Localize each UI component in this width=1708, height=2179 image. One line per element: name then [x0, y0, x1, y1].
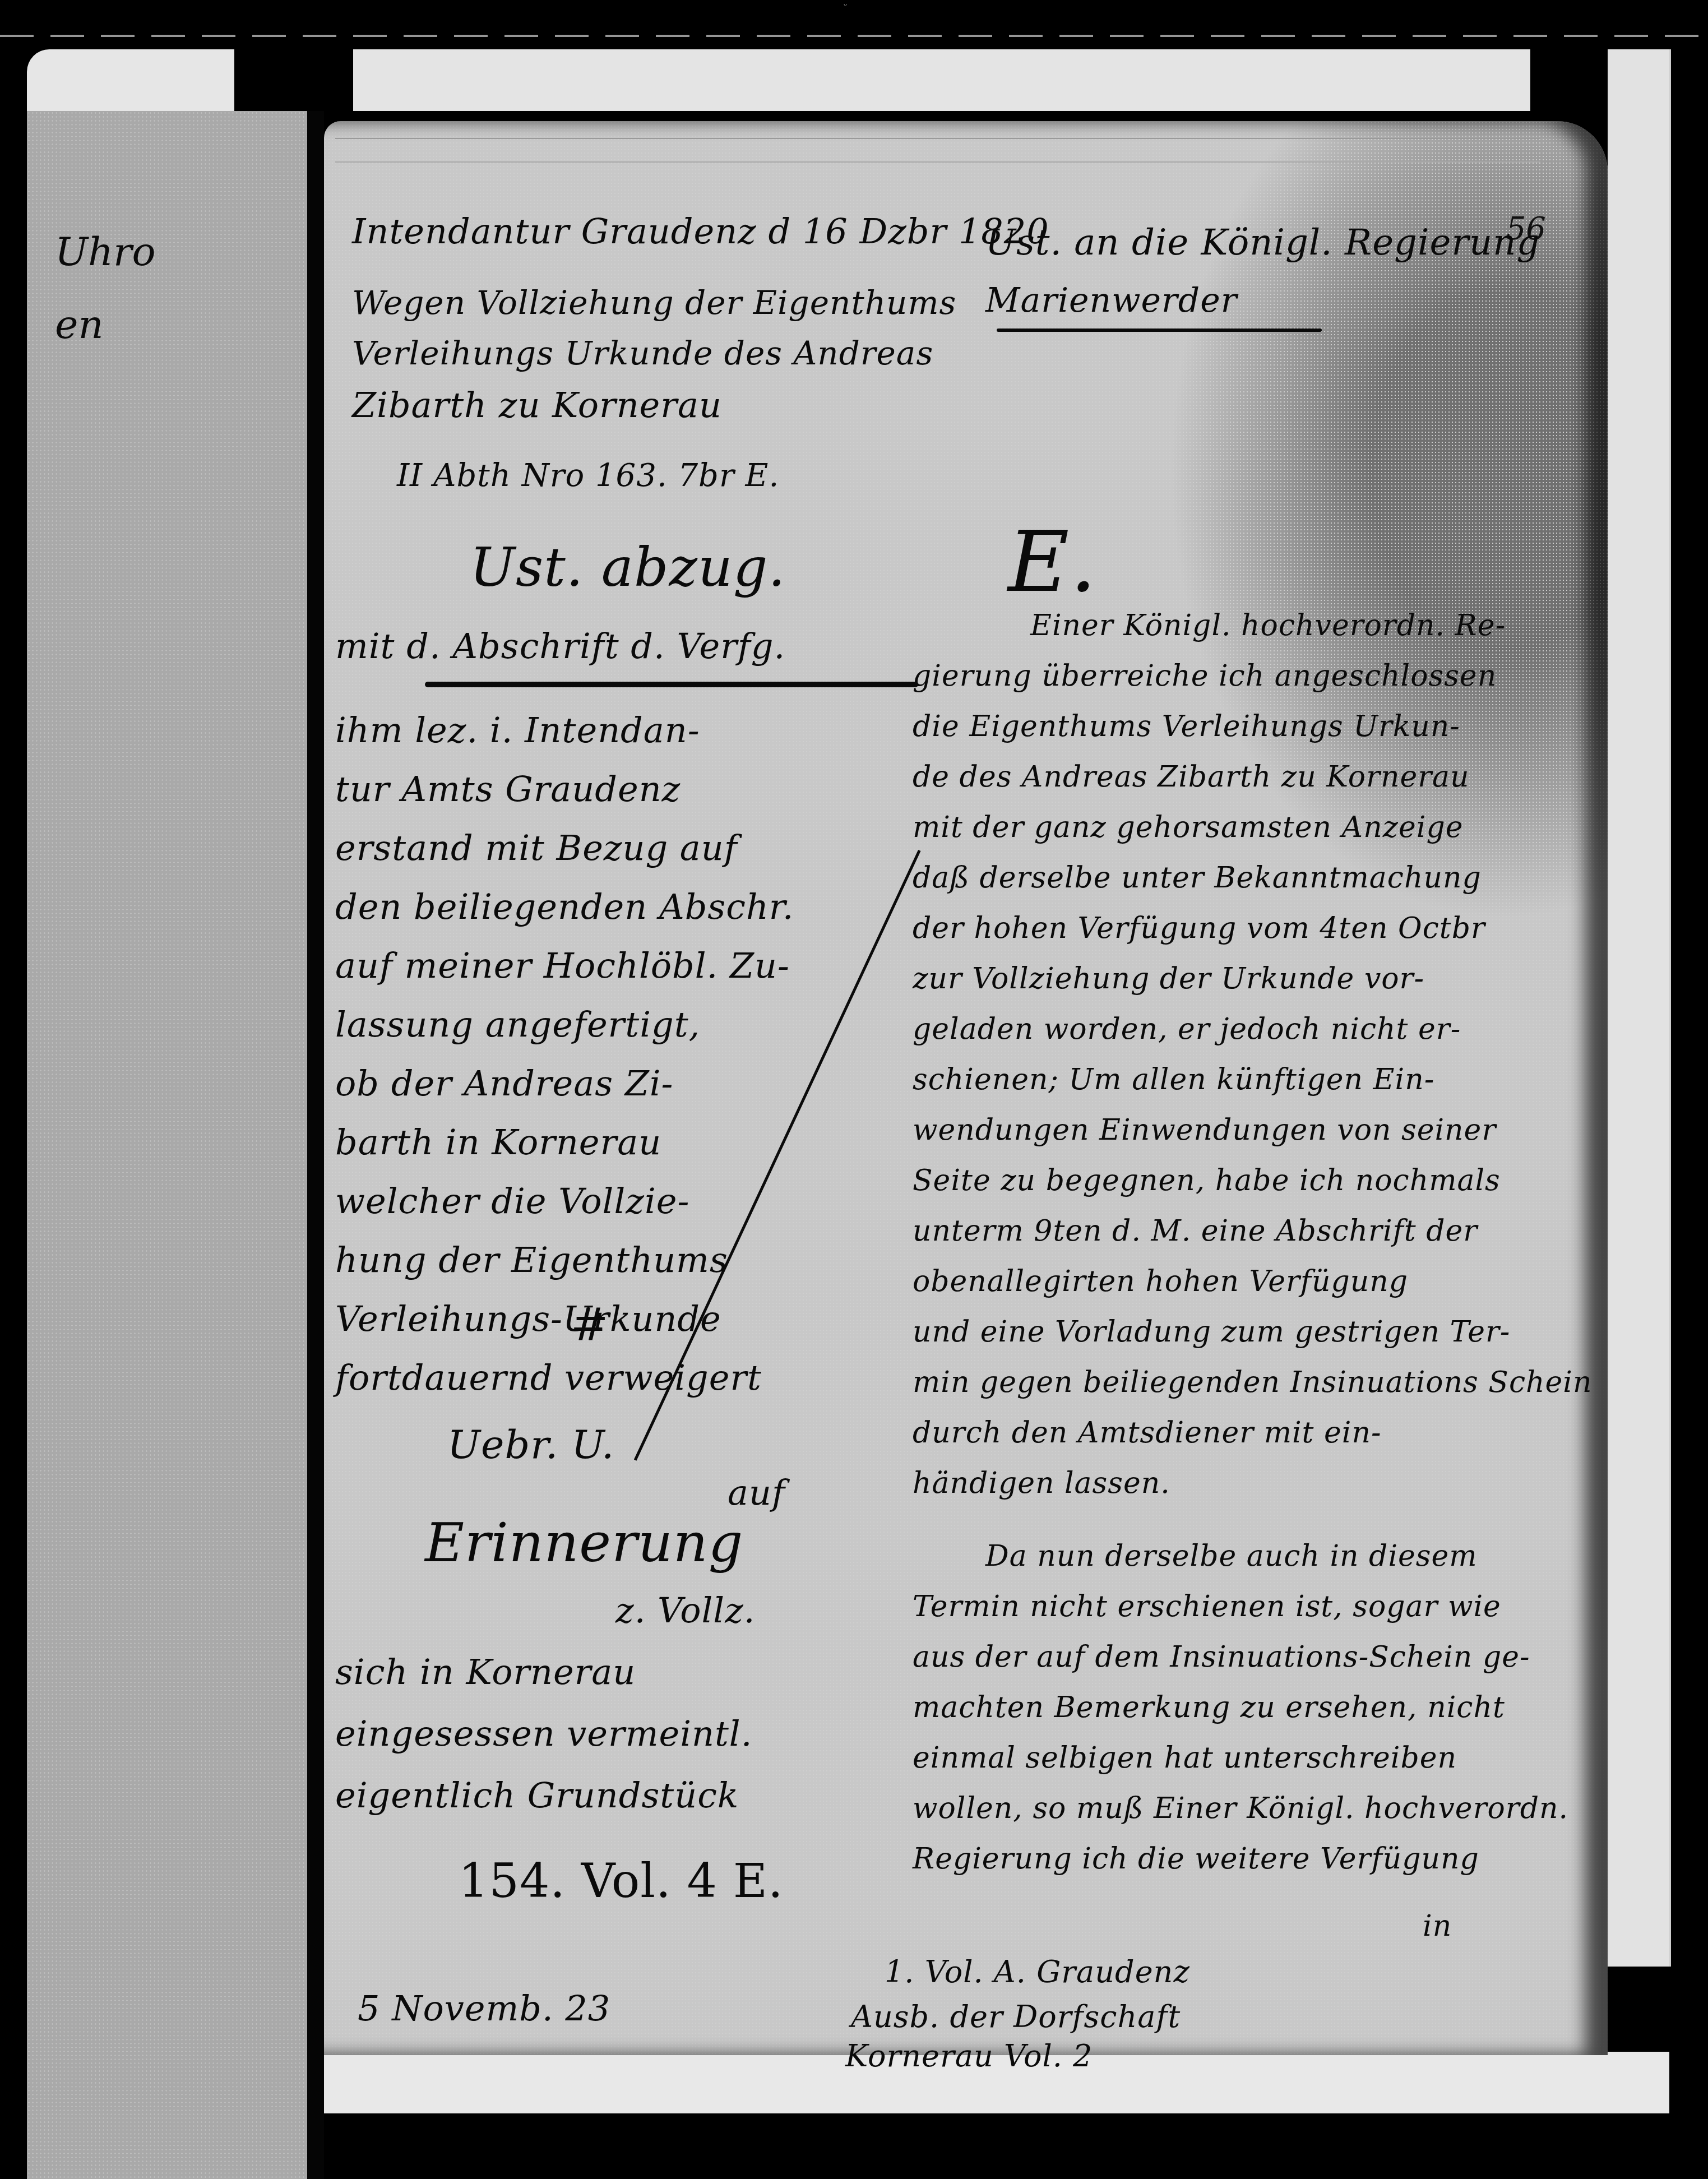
- body-line: gierung überreiche ich angeschlossen: [913, 659, 1497, 693]
- left-note: Erinnerung: [425, 1511, 743, 1574]
- left-column-line: welcher die Vollzie-: [335, 1181, 689, 1222]
- left-column-line: fortdauernd verweigert: [335, 1357, 762, 1398]
- cover-tab: [27, 49, 234, 112]
- cover-margin-note: Uhro: [55, 229, 156, 275]
- left-note: Uebr. U.: [447, 1422, 614, 1468]
- body-line: geladen worden, er jedoch nicht er-: [913, 1012, 1461, 1046]
- body-line: händigen lassen.: [913, 1466, 1170, 1500]
- body-line: einmal selbigen hat unterschreiben: [913, 1741, 1457, 1775]
- scanner-mark: ᵕ: [844, 0, 855, 8]
- binding-gutter: [307, 111, 324, 2179]
- body-line: machten Bemerkung zu ersehen, nicht: [913, 1691, 1505, 1724]
- subject-line: Verleihungs Urkunde des Andreas: [352, 334, 933, 372]
- body-line: mit der ganz gehorsamsten Anzeige: [913, 811, 1464, 844]
- body-line: Seite zu begegnen, habe ich nochmals: [913, 1164, 1501, 1197]
- file-number: 154. Vol. 4 E.: [459, 1853, 784, 1908]
- body-line: unterm 9ten d. M. eine Abschrift der: [913, 1214, 1478, 1248]
- cancel-stroke: [634, 850, 921, 1461]
- left-column-line: tur Amts Graudenz: [335, 769, 681, 809]
- reference-number: II Abth Nro 163. 7br E.: [397, 457, 779, 494]
- docket-line: Ausb. der Dorfschaft: [851, 1999, 1181, 2034]
- closing-word: in: [1423, 1909, 1452, 1943]
- left-closing-line: eingesessen vermeintl.: [335, 1713, 752, 1754]
- body-line: aus der auf dem Insinuations-Schein ge-: [913, 1640, 1530, 1674]
- cover-margin-note: en: [55, 302, 104, 348]
- underline-stroke: [997, 329, 1322, 332]
- margin-mark: #: [571, 1298, 609, 1350]
- body-line: daß derselbe unter Bekanntmachung: [913, 861, 1482, 895]
- salutation-initial: E.: [1008, 513, 1097, 611]
- body-line: und eine Vorladung zum gestrigen Ter-: [913, 1315, 1510, 1349]
- document-page: 56 Intendantur Graudenz d 16 Dzbr 1820 W…: [324, 121, 1608, 2055]
- page-edge-lines: [335, 138, 1540, 163]
- left-column-line: ihm lez. i. Intendan-: [335, 710, 700, 751]
- body-line: durch den Amtsdiener mit ein-: [913, 1416, 1381, 1450]
- body-line: wollen, so muß Einer Königl. hochverordn…: [913, 1792, 1568, 1825]
- right-heading: Marienwerder: [985, 281, 1237, 320]
- body-line: obenallegirten hohen Verfügung: [913, 1265, 1408, 1298]
- subject-line: Wegen Vollziehung der Eigenthums: [352, 284, 956, 322]
- left-column-line: mit d. Abschrift d. Verfg.: [335, 626, 785, 667]
- right-heading: Ust. an die Königl. Regierung: [985, 222, 1540, 263]
- body-line: wendungen Einwendungen von seiner: [913, 1113, 1496, 1147]
- body-line: Regierung ich die weitere Verfügung: [913, 1842, 1479, 1876]
- body-line: min gegen beiliegenden Insinuations Sche…: [913, 1366, 1592, 1399]
- body-line: Termin nicht erschienen ist, sogar wie: [913, 1590, 1501, 1623]
- left-column-line: hung der Eigenthums: [335, 1239, 728, 1280]
- place-date-line: Intendantur Graudenz d 16 Dzbr 1820: [352, 211, 1049, 252]
- body-line: Da nun derselbe auch in diesem: [985, 1539, 1478, 1573]
- footer-left-date: 5 Novemb. 23: [358, 1988, 610, 2029]
- body-line: zur Vollziehung der Urkunde vor-: [913, 962, 1424, 996]
- body-line: die Eigenthums Verleihungs Urkun-: [913, 710, 1460, 743]
- left-column-line: lassung angefertigt,: [335, 1004, 700, 1045]
- body-line: schienen; Um allen künftigen Ein-: [913, 1063, 1434, 1097]
- body-line: de des Andreas Zibarth zu Kornerau: [913, 760, 1470, 794]
- paper-strip-top: [353, 49, 1530, 111]
- left-column-line: den beiliegenden Abschr.: [335, 886, 794, 927]
- file-cover: Uhro en: [27, 111, 307, 2179]
- body-line: der hohen Verfügung vom 4ten Octbr: [913, 912, 1485, 945]
- left-closing-line: eigentlich Grundstück: [335, 1775, 739, 1816]
- body-line: Einer Königl. hochverordn. Re-: [1030, 609, 1506, 642]
- left-column-line: auf meiner Hochlöbl. Zu-: [335, 945, 790, 986]
- docket-line: Kornerau Vol. 2: [845, 2038, 1093, 2074]
- left-closing-line: sich in Kornerau: [335, 1651, 636, 1692]
- left-column-line: Verleihungs-Urkunde: [335, 1298, 721, 1339]
- paper-strip-right: [1608, 49, 1671, 1967]
- left-note: auf: [728, 1472, 785, 1513]
- left-column-heading: Ust. abzug.: [470, 536, 786, 599]
- left-column-line: barth in Kornerau: [335, 1122, 661, 1163]
- left-note: z. Vollz.: [615, 1590, 756, 1631]
- docket-line: 1. Vol. A. Graudenz: [885, 1954, 1190, 1990]
- underline-stroke: [425, 682, 918, 687]
- subject-line: Zibarth zu Kornerau: [352, 385, 722, 425]
- left-column-line: ob der Andreas Zi-: [335, 1063, 674, 1104]
- left-column-line: erstand mit Bezug auf: [335, 827, 738, 868]
- scanner-edge-line: [0, 35, 1708, 37]
